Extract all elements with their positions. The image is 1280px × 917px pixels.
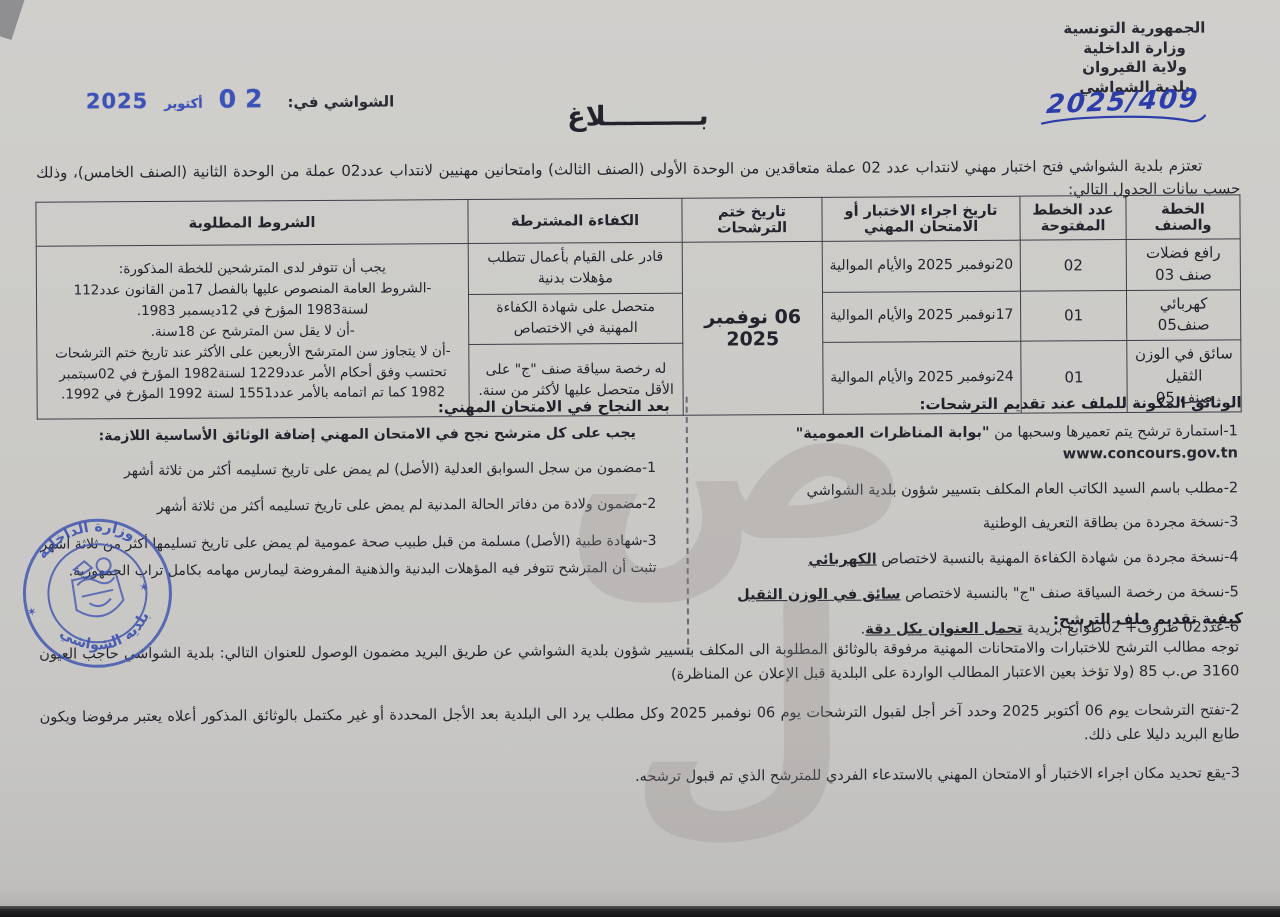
doc-item: 2-مطلب باسم السيد الكاتب العام المكلف بت… — [702, 478, 1238, 503]
cell-competency: متحصل على شهادة الكفاءة المهنية في الاخت… — [468, 293, 682, 345]
photo-bottom-edge — [0, 906, 1280, 917]
column-header-exam-date: تاريخ اجراء الاختبار أو الامتحان المهني — [822, 196, 1020, 241]
letterhead-line-republic: الجمهورية التونسية — [1025, 18, 1243, 39]
column-header-plan: الخطة والصنف — [1126, 195, 1240, 240]
cell-plan: رافع فضلات صنف 03 — [1126, 239, 1240, 290]
table-row: رافع فضلات صنف 03 02 20نوفمبر 2025 والأي… — [36, 239, 1240, 297]
doc-item: 4-نسخة مجردة من شهادة الكفاءة المهنية با… — [703, 547, 1239, 572]
announcement-title: بــــــــــلاغ — [0, 97, 1278, 136]
concours-portal-url: www.concours.gov.tn — [1063, 445, 1238, 462]
requirement-item: 3-شهادة طبية (الأصل) مسلمة من قبل طبيب ص… — [35, 527, 656, 585]
doc-item-emphasis: سائق في الوزن الثقيل — [737, 586, 900, 603]
cell-open-posts: 01 — [1020, 290, 1126, 341]
table-header-row: الخطة والصنف عدد الخطط المفتوحة تاريخ اج… — [36, 195, 1240, 246]
doc-item: 1-استمارة ترشح يتم تعميرها وسحبها من "بو… — [702, 421, 1238, 468]
doc-item-emphasis: "بوابة المناظرات العمومية" — [796, 425, 990, 442]
cell-application-deadline: 06 نوفمبر 2025 — [682, 241, 823, 415]
documents-heading: الوثائق المكونة للملف عند تقديم الترشحات… — [702, 393, 1242, 414]
doc-item: 5-نسخة من رخصة السياقة صنف "ج" بالنسبة ل… — [703, 582, 1239, 607]
requirement-item: 2-مضمون ولادة من دفاتر الحالة المدنية لم… — [35, 491, 656, 522]
submission-paragraph: 3-يقع تحديد مكان اجراء الاختبار أو الامت… — [40, 762, 1240, 793]
recruitment-table: الخطة والصنف عدد الخطط المفتوحة تاريخ اج… — [35, 194, 1241, 420]
cell-exam-date: 17نوفمبر 2025 والأيام الموالية — [822, 291, 1020, 343]
column-header-conditions: الشروط المطلوبة — [36, 200, 468, 247]
cell-competency: قادر على القيام بأعمال تتطلب مؤهلات بدني… — [468, 242, 682, 294]
submission-paragraph: 2-تفتح الترشحات يوم 06 أكتوبر 2025 وحدد … — [40, 699, 1240, 754]
submission-paragraph: توجه مطالب الترشح للاختبارات والامتحانات… — [39, 636, 1239, 691]
cell-plan: كهربائي صنف05 — [1126, 289, 1240, 340]
doc-item-emphasis: الكهربائي — [808, 552, 877, 568]
document-sheet: الجمهورية التونسية وزارة الداخلية ولاية … — [0, 0, 1280, 917]
cell-open-posts: 02 — [1020, 240, 1126, 291]
letterhead-line-governorate: ولاية القيروان — [1026, 57, 1244, 78]
after-success-heading: بعد النجاح في الامتحان المهني: — [35, 397, 670, 419]
column-header-deadline: تاريخ ختم الترشحات — [682, 197, 822, 242]
submission-section: كيفية تقديم ملف الترشح: توجه مطالب الترش… — [39, 609, 1244, 808]
cell-exam-date: 20نوفمبر 2025 والأيام الموالية — [822, 240, 1020, 292]
letterhead-line-ministry: وزارة الداخلية — [1025, 38, 1243, 59]
doc-item: 3-نسخة مجردة من بطاقة التعريف الوطنية — [702, 513, 1238, 538]
requirement-item: 1-مضمون من سجل السوابق العدلية (الأصل) ل… — [35, 455, 656, 486]
cell-required-conditions: يجب أن تتوفر لدى المترشحين للخطة المذكور… — [36, 244, 469, 420]
column-header-competency: الكفاءة المشترطة — [468, 198, 682, 243]
after-success-intro: يجب على كل مترشح نجح في الامتحان المهني … — [35, 425, 636, 445]
column-header-open-posts: عدد الخطط المفتوحة — [1020, 196, 1126, 241]
